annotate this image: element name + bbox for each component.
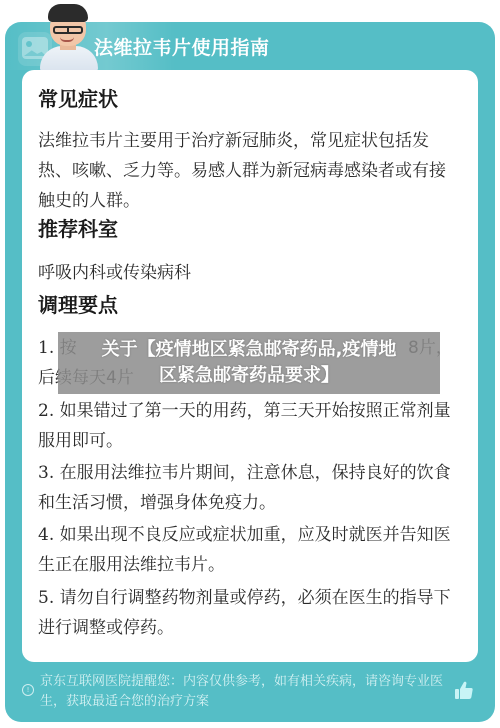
avatar-glasses — [53, 26, 83, 34]
watermark-line-1: 关于【疫情地区紧急邮寄药品,疫情地 — [58, 337, 440, 363]
page-title: 法维拉韦片使用指南 — [94, 33, 270, 60]
disclaimer-footer: ! 京东互联网医院提醒您：内容仅供参考，如有相关疾病，请咨询专业医生，获取最适合… — [22, 672, 478, 716]
care-item-4: 4. 如果出现不良反应或症状加重，应及时就医并告知医生正在服用法维拉韦片。 — [38, 520, 462, 580]
doctor-avatar-icon — [38, 2, 100, 70]
section-title-care: 调理要点 — [38, 290, 118, 320]
department-text: 呼吸内科或传染病科 — [38, 258, 191, 288]
disclaimer-text: 京东互联网医院提醒您：内容仅供参考，如有相关疾病，请咨询专业医生，获取最适合您的… — [40, 672, 450, 712]
thumbs-up-icon[interactable] — [454, 680, 474, 700]
item-text: 请勿自行调整药物剂量或停药，必须在医生的指导下进行调整或停药。 — [38, 588, 451, 638]
care-item-2: 2. 如果错过了第一天的用药，第三天开始按照正常剂量服用即可。 — [38, 396, 462, 456]
info-circle-icon: ! — [22, 684, 34, 696]
item-number: 5. — [38, 588, 54, 608]
watermark-line-2: 区紧急邮寄药品要求】 — [58, 363, 440, 389]
item-number: 2. — [38, 401, 54, 421]
item-text: 如果错过了第一天的用药，第三天开始按照正常剂量服用即可。 — [38, 401, 451, 451]
watermark-overlay: 关于【疫情地区紧急邮寄药品,疫情地 区紧急邮寄药品要求】 — [58, 332, 440, 394]
item-text: 在服用法维拉韦片期间，注意休息，保持良好的饮食和生活习惯，增强身体免疫力。 — [38, 463, 451, 513]
care-item-5: 5. 请勿自行调整药物剂量或停药，必须在医生的指导下进行调整或停药。 — [38, 583, 462, 643]
avatar-hair — [48, 4, 88, 22]
item-text: 如果出现不良反应或症状加重，应及时就医并告知医生正在服用法维拉韦片。 — [38, 525, 451, 575]
care-item-3: 3. 在服用法维拉韦片期间，注意休息，保持良好的饮食和生活习惯，增强身体免疫力。 — [38, 458, 462, 518]
item-number: 3. — [38, 463, 54, 483]
symptoms-text: 法维拉韦片主要用于治疗新冠肺炎，常见症状包括发热、咳嗽、乏力等。易感人群为新冠病… — [38, 126, 462, 216]
section-title-department: 推荐科室 — [38, 214, 118, 244]
item-number: 1. — [38, 338, 54, 358]
section-title-symptoms: 常见症状 — [38, 84, 118, 114]
item-number: 4. — [38, 525, 54, 545]
